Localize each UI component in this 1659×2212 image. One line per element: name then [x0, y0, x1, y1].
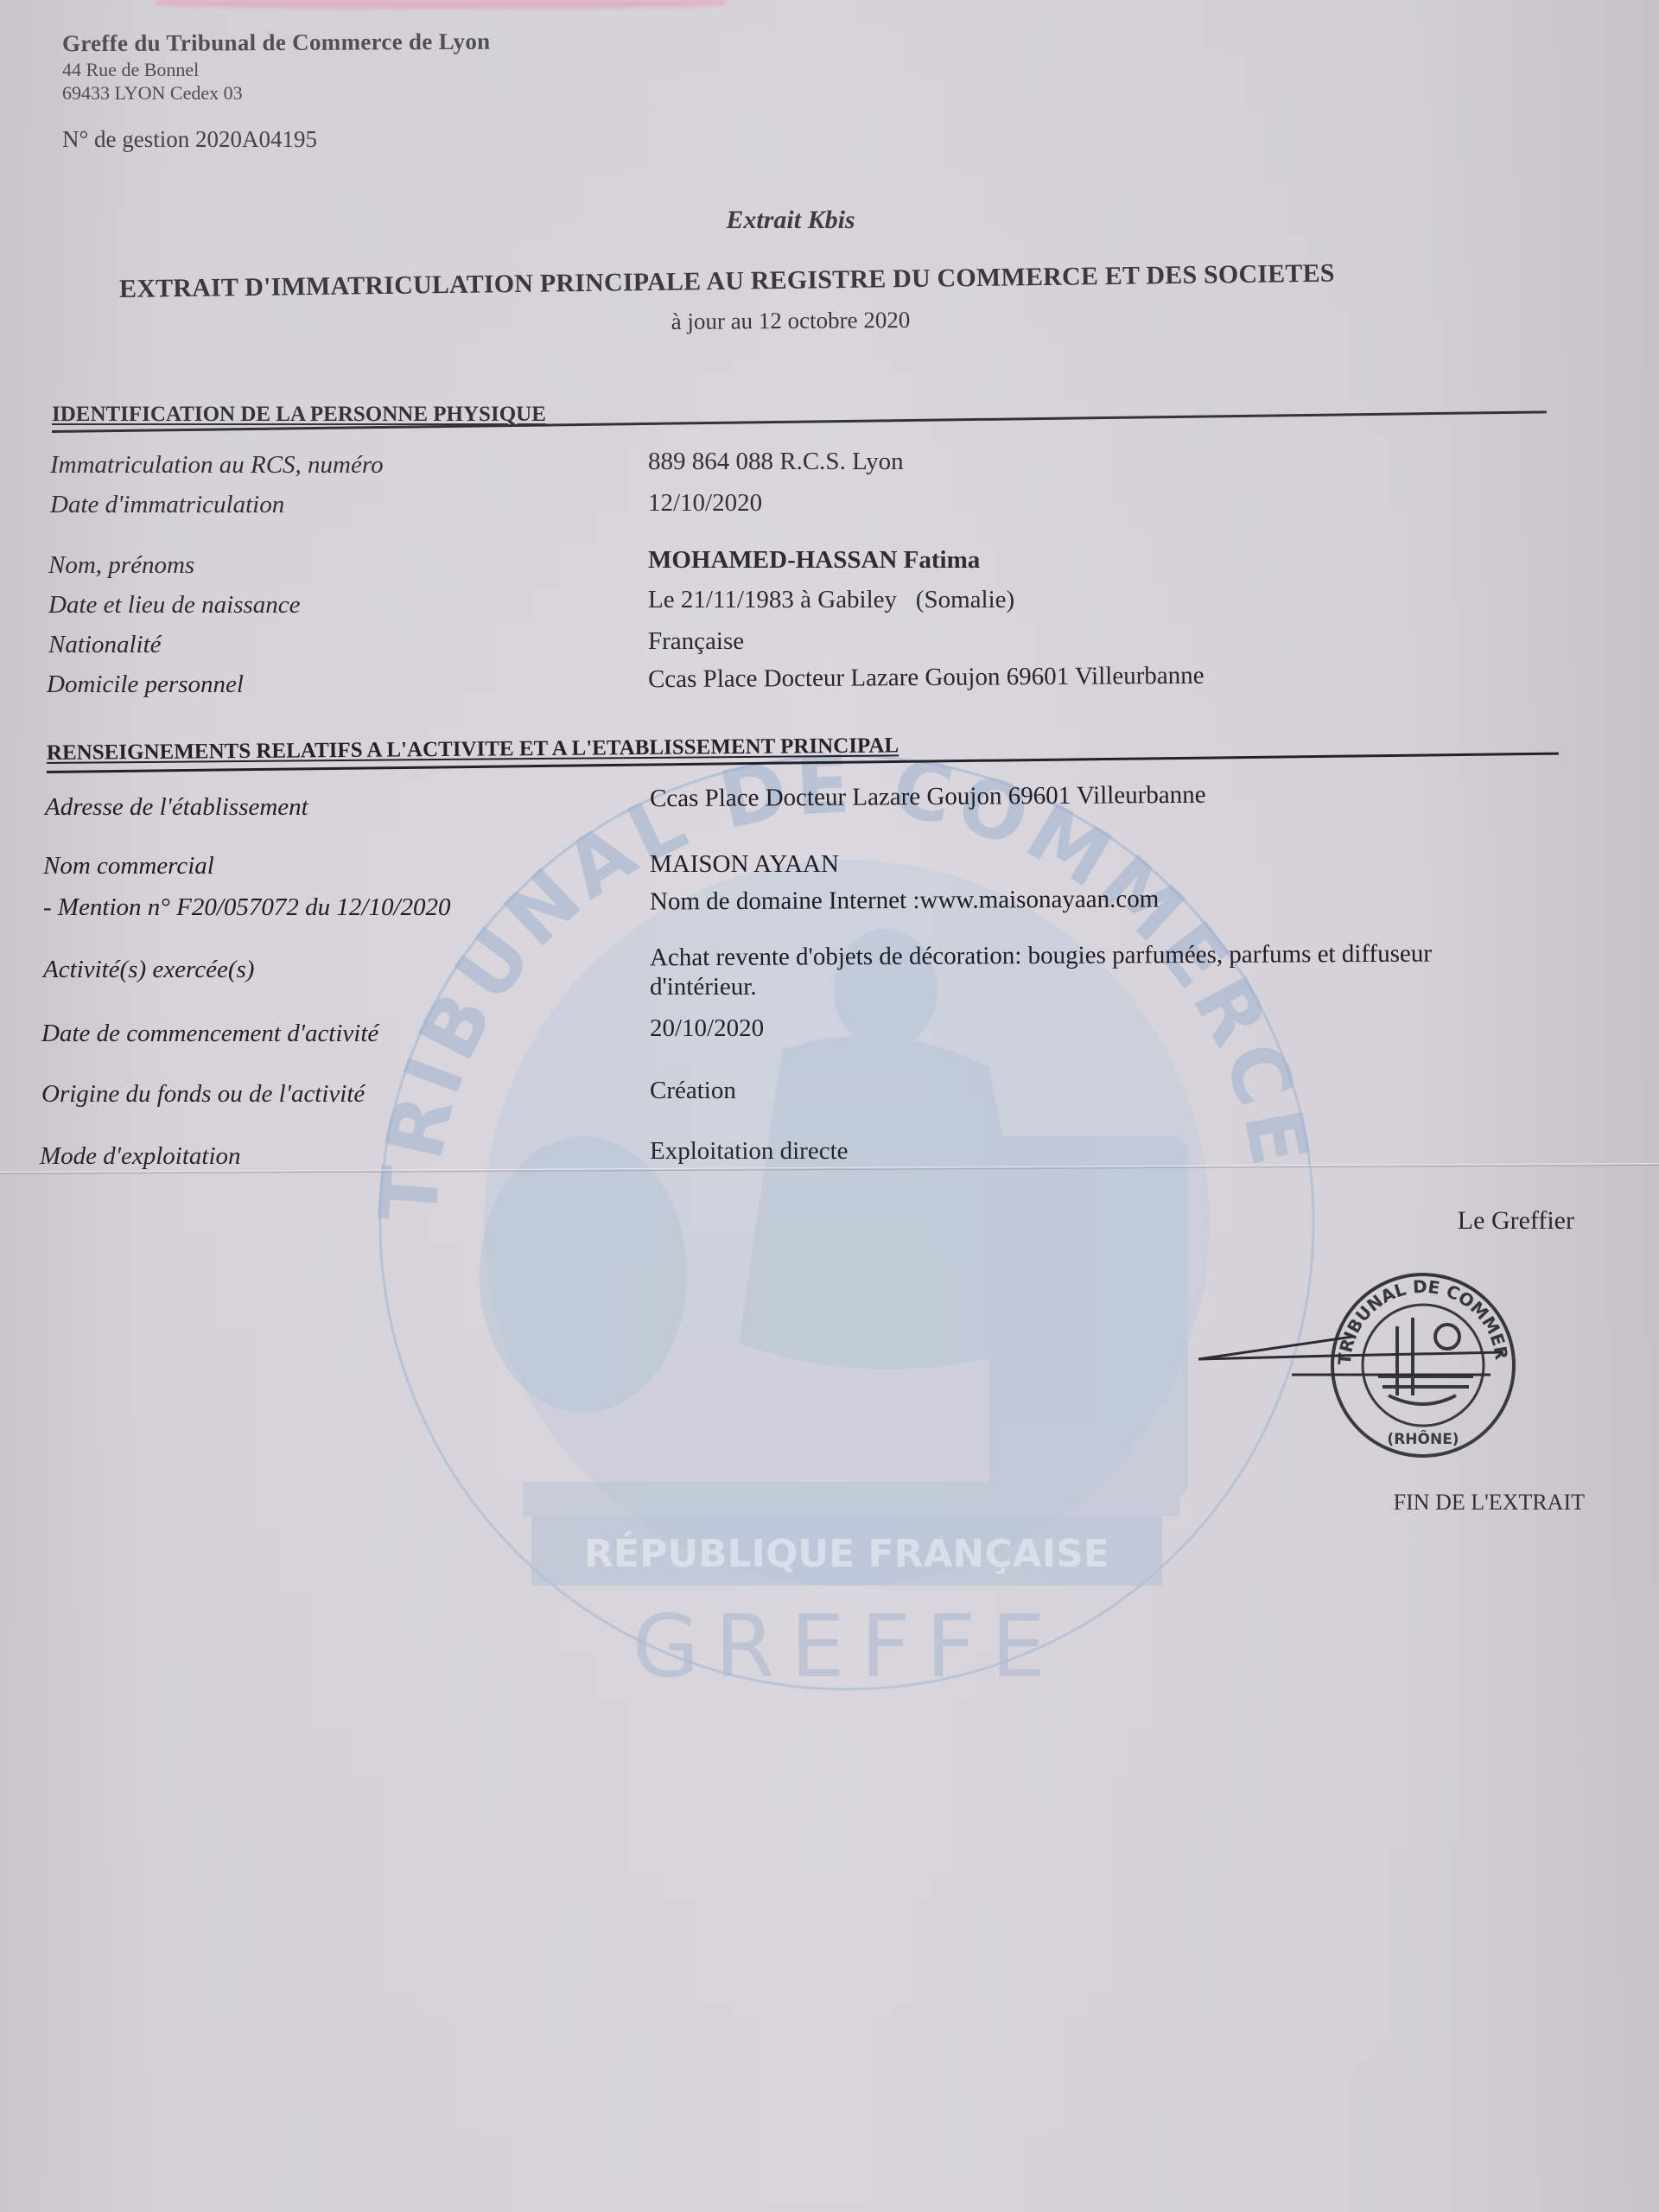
field-value-origine: Création — [650, 1077, 736, 1105]
field-label: Date d'immatriculation — [50, 491, 284, 519]
kbis-document: Greffe du Tribunal de Commerce de Lyon 4… — [0, 0, 1659, 2212]
field-label: - Mention n° F20/057072 du 12/10/2020 — [43, 893, 451, 922]
update-date: à jour au 12 octobre 2020 — [0, 302, 1581, 340]
field-label: Date de commencement d'activité — [41, 1020, 378, 1048]
field-label: Domicile personnel — [47, 671, 244, 699]
field-value-date-immat: 12/10/2020 — [648, 489, 762, 518]
field-label: Origine du fonds ou de l'activité — [41, 1080, 365, 1109]
section-identification-heading: IDENTIFICATION DE LA PERSONNE PHYSIQUE — [52, 403, 546, 427]
field-value-activite: Achat revente d'objets de décoration: bo… — [650, 940, 1432, 973]
gestion-number: N° de gestion 2020A04195 — [62, 126, 317, 153]
field-value-exploitation: Exploitation directe — [650, 1137, 849, 1166]
official-stamp-icon: TRIBUNAL DE COMMERCE DE LYON (RHÔNE) — [1197, 1266, 1542, 1465]
main-title: EXTRAIT D'IMMATRICULATION PRINCIPALE AU … — [119, 259, 1335, 304]
greffe-address-line1: 44 Rue de Bonnel — [62, 59, 199, 81]
end-of-extract: FIN DE L'EXTRAIT — [1394, 1490, 1585, 1516]
field-label: Nom, prénoms — [48, 551, 194, 580]
section-activite-heading: RENSEIGNEMENTS RELATIFS A L'ACTIVITE ET … — [47, 734, 899, 766]
greffe-address-line2: 69433 LYON Cedex 03 — [62, 82, 243, 105]
svg-text:TRIBUNAL DE COMMERCE DE LYON: TRIBUNAL DE COMMERCE DE LYON — [1197, 1266, 1512, 1366]
field-label: Adresse de l'établissement — [45, 793, 308, 822]
field-value-nom-commercial: MAISON AYAAN — [650, 850, 839, 879]
field-value-domain: Nom de domaine Internet :www.maisonayaan… — [650, 885, 1159, 916]
field-value-nationality: Française — [648, 627, 744, 656]
field-value-name: MOHAMED-HASSAN Fatima — [648, 546, 980, 575]
field-label: Activité(s) exercée(s) — [43, 956, 254, 984]
field-label: Immatriculation au RCS, numéro — [50, 451, 384, 480]
document-type: Extrait Kbis — [0, 206, 1581, 235]
field-value-date-debut: 20/10/2020 — [650, 1014, 764, 1043]
field-label: Nom commercial — [43, 852, 214, 880]
field-value-birth: Le 21/11/1983 à Gabiley (Somalie) — [648, 586, 1014, 614]
field-label: Date et lieu de naissance — [48, 591, 301, 620]
field-label: Nationalité — [48, 631, 162, 659]
field-value-activite-line2: d'intérieur. — [650, 973, 757, 1001]
field-value-rcs: 889 864 088 R.C.S. Lyon — [648, 448, 904, 476]
field-value-domicile: Ccas Place Docteur Lazare Goujon 69601 V… — [648, 662, 1205, 694]
signatory-label: Le Greffier — [1458, 1206, 1574, 1236]
greffe-name: Greffe du Tribunal de Commerce de Lyon — [62, 29, 491, 58]
field-label: Mode d'exploitation — [40, 1142, 241, 1171]
field-value-etablissement: Ccas Place Docteur Lazare Goujon 69601 V… — [650, 781, 1206, 813]
svg-text:(RHÔNE): (RHÔNE) — [1387, 1429, 1459, 1448]
